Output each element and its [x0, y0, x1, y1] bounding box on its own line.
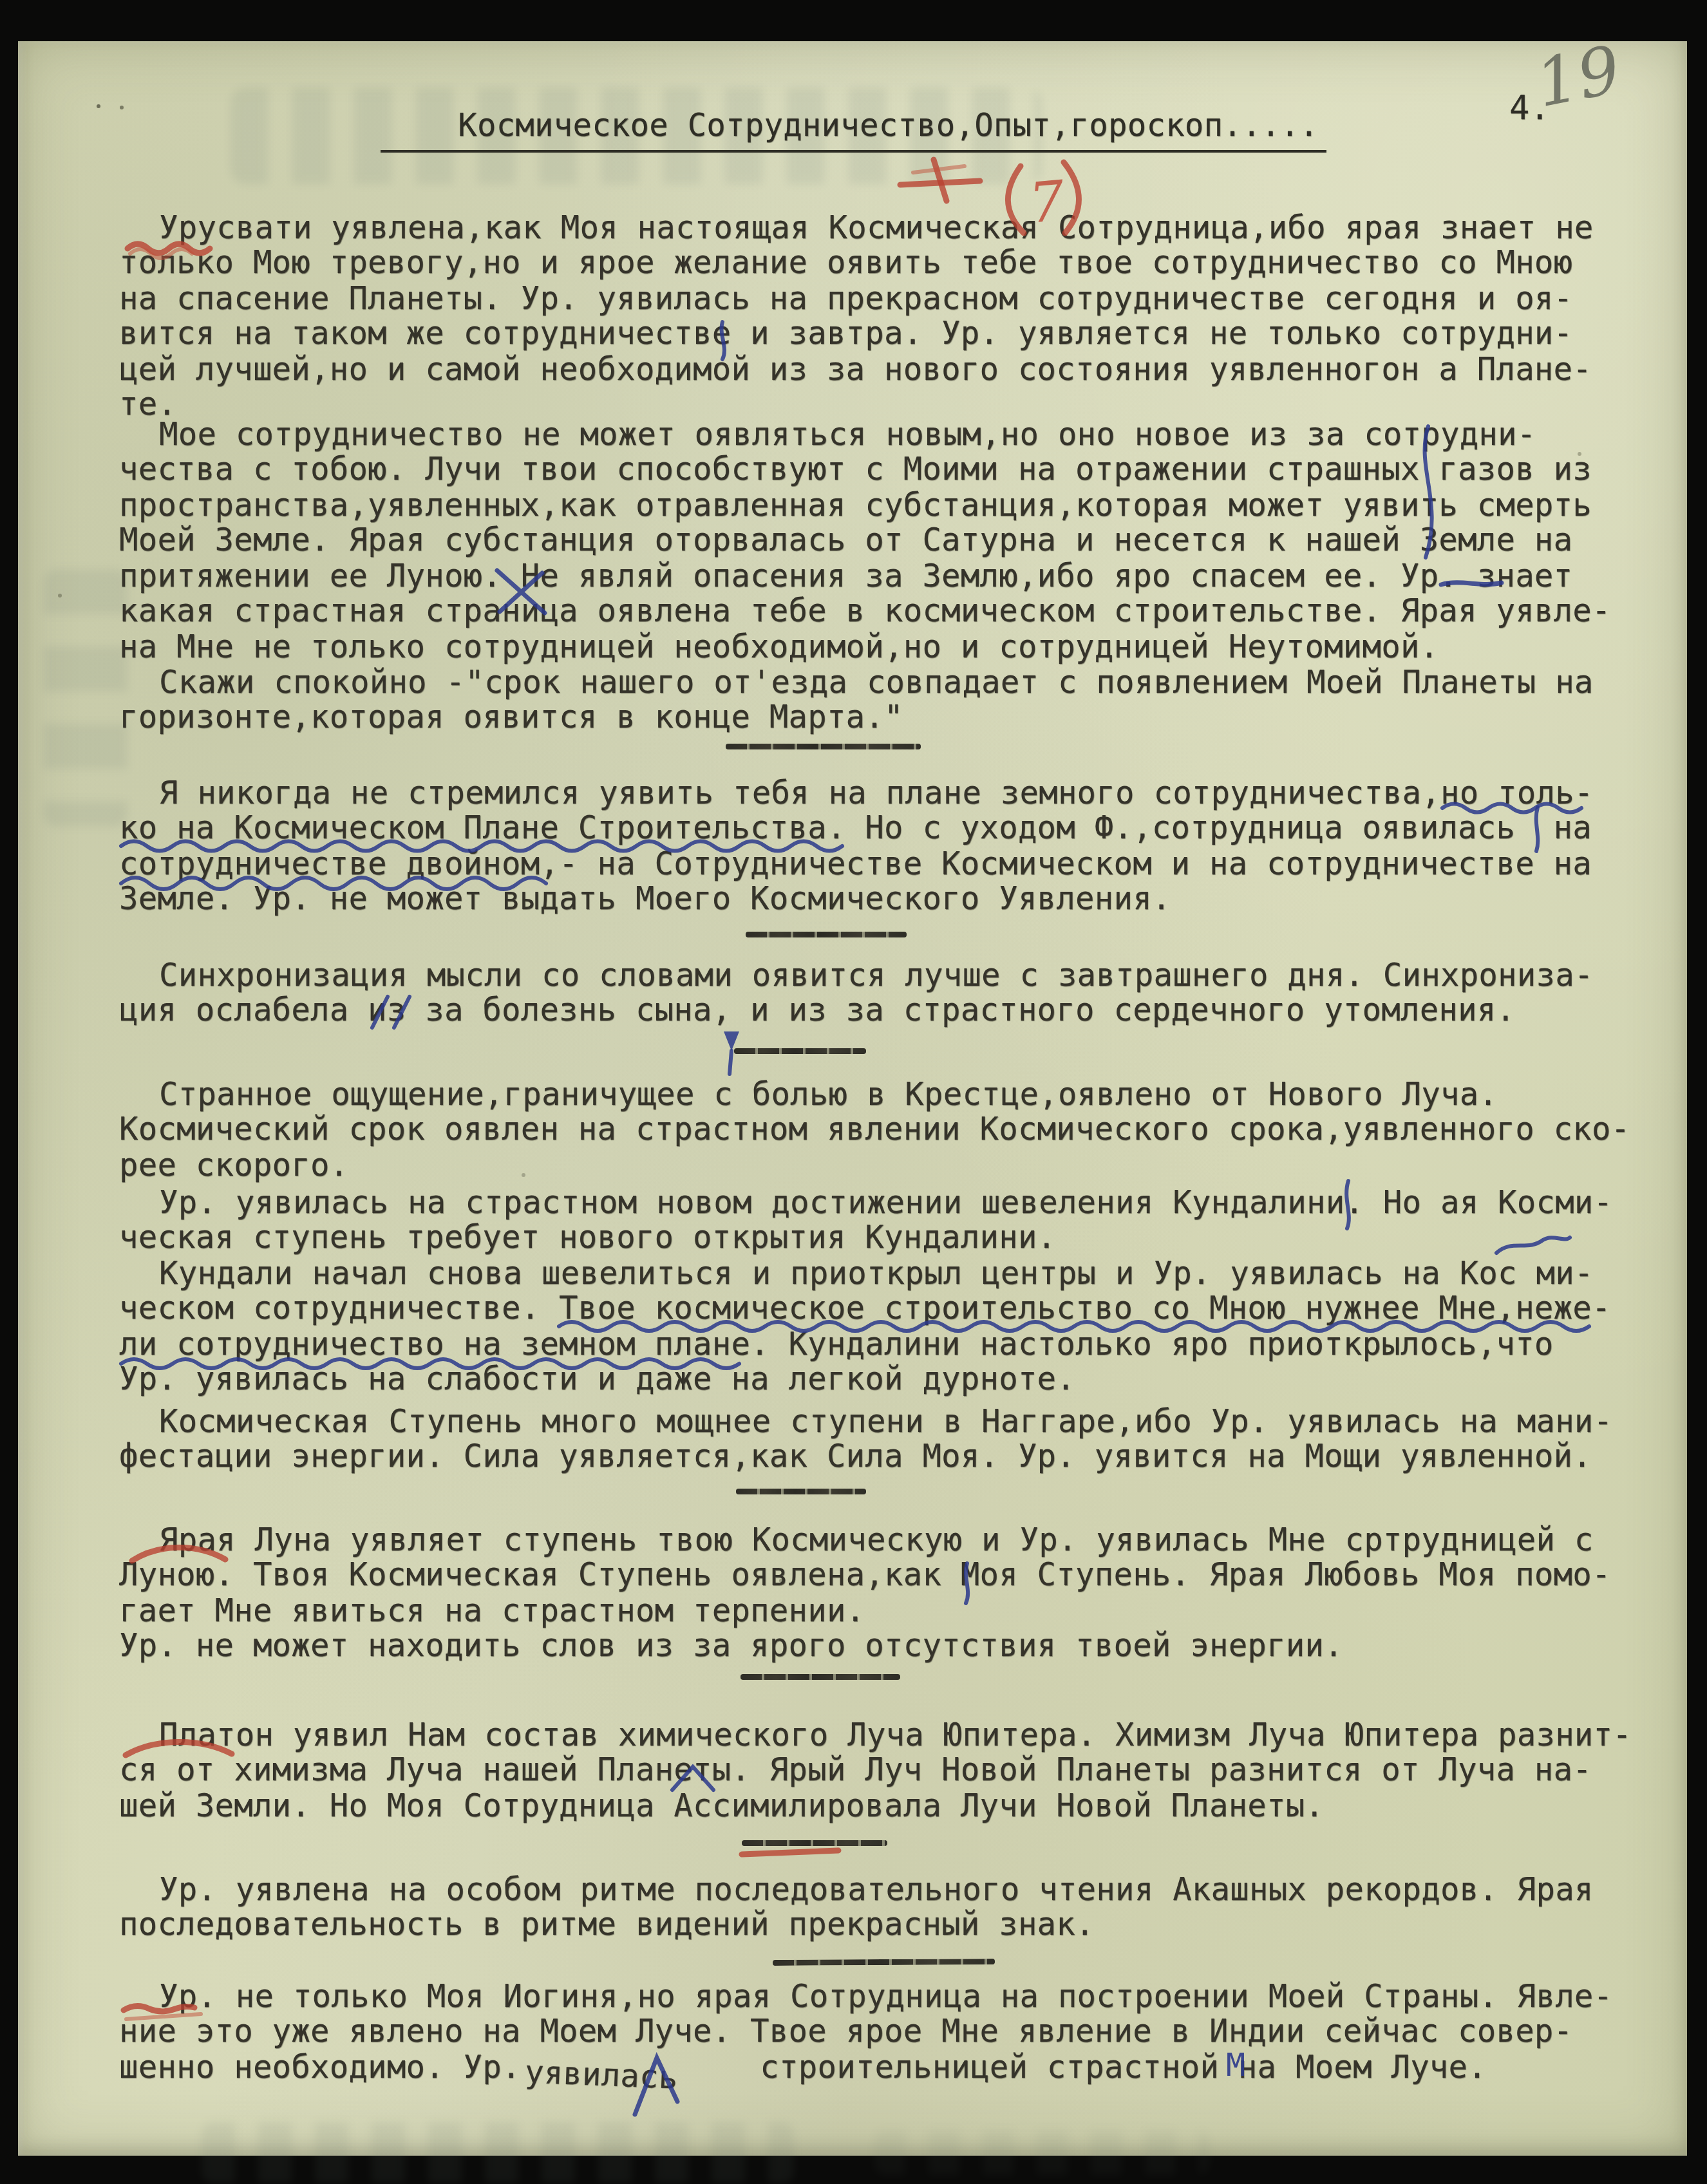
text-line: Кундали начал снова шевелиться и приоткр…: [119, 1255, 1677, 1290]
section-divider: [740, 1674, 900, 1680]
text-line: вится на таком же сотрудничестве и завтр…: [119, 315, 1677, 350]
handwritten-folio-number: 19: [1531, 38, 1625, 117]
section-divider: [726, 744, 921, 749]
text-line: какая страстная страница оявлена тебе в …: [119, 592, 1677, 628]
text-line: горизонте,которая оявится в конце Марта.…: [119, 699, 1677, 734]
bleedthrough-smudge-bottom-right: [874, 2130, 1209, 2175]
scanned-typewritten-page: { "doc": { "title": "Космическое Сотрудн…: [0, 0, 1707, 2184]
text-line: ческая ступень требует нового открытия К…: [119, 1219, 1677, 1254]
section-divider: [746, 932, 907, 937]
text-line: Мое сотрудничество не может оявляться но…: [119, 416, 1677, 451]
section-divider: [742, 1840, 887, 1846]
text-line: на Мне не только сотрудницей необходимой…: [119, 628, 1677, 664]
paragraph-8: Кундали начал снова шевелиться и приоткр…: [119, 1254, 1677, 1396]
bleedthrough-smudge-left: [44, 569, 127, 827]
text-line: Луною. Твоя Космическая Ступень оявлена,…: [119, 1556, 1677, 1592]
section-divider: [734, 1048, 866, 1054]
text-line: рее скорого.: [119, 1147, 1677, 1182]
paragraph-7: Ур. уявилась на страстном новом достижен…: [119, 1183, 1677, 1254]
paragraph-11: Платон уявил Нам состав химического Луча…: [119, 1716, 1677, 1822]
text-line: цей лучшей,но и самой необходимой из за …: [119, 351, 1677, 386]
text-line: Ур. уявилась на слабости и даже на легко…: [119, 1360, 1677, 1396]
paragraph-5: Синхронизация мысли со словами оявится л…: [119, 956, 1677, 1027]
text-line: Синхронизация мысли со словами оявится л…: [119, 957, 1677, 992]
text-line: пространства,уявленных,как отравленная с…: [119, 487, 1677, 522]
paragraph-9: Космическая Ступень много мощнее ступени…: [119, 1402, 1677, 1473]
text-segment-drifted: уявилась: [524, 2053, 679, 2096]
text-line: Земле. Ур. не может выдать Моего Космиче…: [119, 880, 1677, 916]
paragraph-4: Я никогда не стремился уявить тебя на пл…: [119, 774, 1677, 916]
paragraph-2: Мое сотрудничество не может оявляться но…: [119, 415, 1677, 663]
paragraph-12: Ур. уявлена на особом ритме последовател…: [119, 1870, 1677, 1941]
text-line: ся от химизма Луча нашей Планеты. Ярый Л…: [119, 1751, 1677, 1787]
text-line: притяжении ее Луною. Не являй опасения з…: [119, 558, 1677, 593]
section-divider: [773, 1959, 995, 1966]
text-line: чества с тобою. Лучи твои способствуют с…: [119, 451, 1677, 486]
text-segment: строительницей страстной на Моем Луче.: [760, 2049, 1487, 2085]
paragraph-10: Ярая Луна уявляет ступень твою Космическ…: [119, 1521, 1677, 1662]
text-line: Странное ощущение,граничущее с болью в К…: [119, 1076, 1677, 1111]
document-title: Космическое Сотрудничество,Опыт,гороскоп…: [381, 107, 1326, 153]
text-line: ко на Космическом Плане Строительства. Н…: [119, 809, 1677, 845]
text-line: Космический срок оявлен на страстном явл…: [119, 1111, 1677, 1146]
text-line: последовательность в ритме видений прекр…: [119, 1906, 1677, 1941]
paragraph-13: Ур. не только Моя Иогиня,но ярая Сотрудн…: [119, 1977, 1677, 2084]
text-line: гает Мне явиться на страстном терпении.: [119, 1592, 1677, 1628]
text-line: Моей Земле. Ярая субстанция оторвалась о…: [119, 522, 1677, 557]
text-line: только Мою тревогу,но и ярое желание ояв…: [119, 244, 1677, 279]
text-line: сотрудничестве двойном,- на Сотрудничест…: [119, 845, 1677, 881]
text-line: ческом сотрудничестве. Твое космическое …: [119, 1290, 1677, 1325]
text-line: ние это уже явлено на Моем Луче. Твое яр…: [119, 2013, 1677, 2048]
paragraph-6: Странное ощущение,граничущее с болью в К…: [119, 1075, 1677, 1181]
paragraph-3: Скажи спокойно -"срок нашего от'езда сов…: [119, 663, 1677, 734]
text-line: ли сотрудничество на земном плане. Кунда…: [119, 1326, 1677, 1361]
text-line: Ур. не только Моя Иогиня,но ярая Сотрудн…: [119, 1978, 1677, 2013]
text-line: Я никогда не стремился уявить тебя на пл…: [119, 775, 1677, 810]
text-line: Платон уявил Нам состав химического Луча…: [119, 1717, 1677, 1752]
text-line-composite: шенно необходимо. Ур.уявиласьстроительни…: [119, 2049, 1677, 2084]
text-line: Скажи спокойно -"срок нашего от'езда сов…: [119, 664, 1677, 699]
text-line: Урусвати уявлена,как Моя настоящая Косми…: [119, 209, 1677, 245]
text-line: ция ослабела из за болезнь сына, и из за…: [119, 992, 1677, 1027]
document-title-row: Космическое Сотрудничество,Опыт,гороскоп…: [0, 107, 1707, 153]
text-line: фестации энергии. Сила уявляется,как Сил…: [119, 1438, 1677, 1473]
text-line: Ур. не может находить слов из за ярого о…: [119, 1627, 1677, 1662]
text-line: Ур. уявилась на страстном новом достижен…: [119, 1184, 1677, 1219]
text-line: Космическая Ступень много мощнее ступени…: [119, 1403, 1677, 1438]
text-line: шей Земли. Но Моя Сотрудница Ассимилиров…: [119, 1787, 1677, 1823]
text-line: Ярая Луна уявляет ступень твою Космическ…: [119, 1521, 1677, 1557]
paragraph-1: Урусвати уявлена,как Моя настоящая Косми…: [119, 209, 1677, 421]
text-line: Ур. уявлена на особом ритме последовател…: [119, 1871, 1677, 1906]
text-segment: шенно необходимо. Ур.: [119, 2049, 521, 2085]
text-line: на спасение Планеты. Ур. уявилась на пре…: [119, 280, 1677, 315]
section-divider: [736, 1489, 866, 1494]
bleedthrough-smudge-bottom: [202, 2122, 794, 2183]
